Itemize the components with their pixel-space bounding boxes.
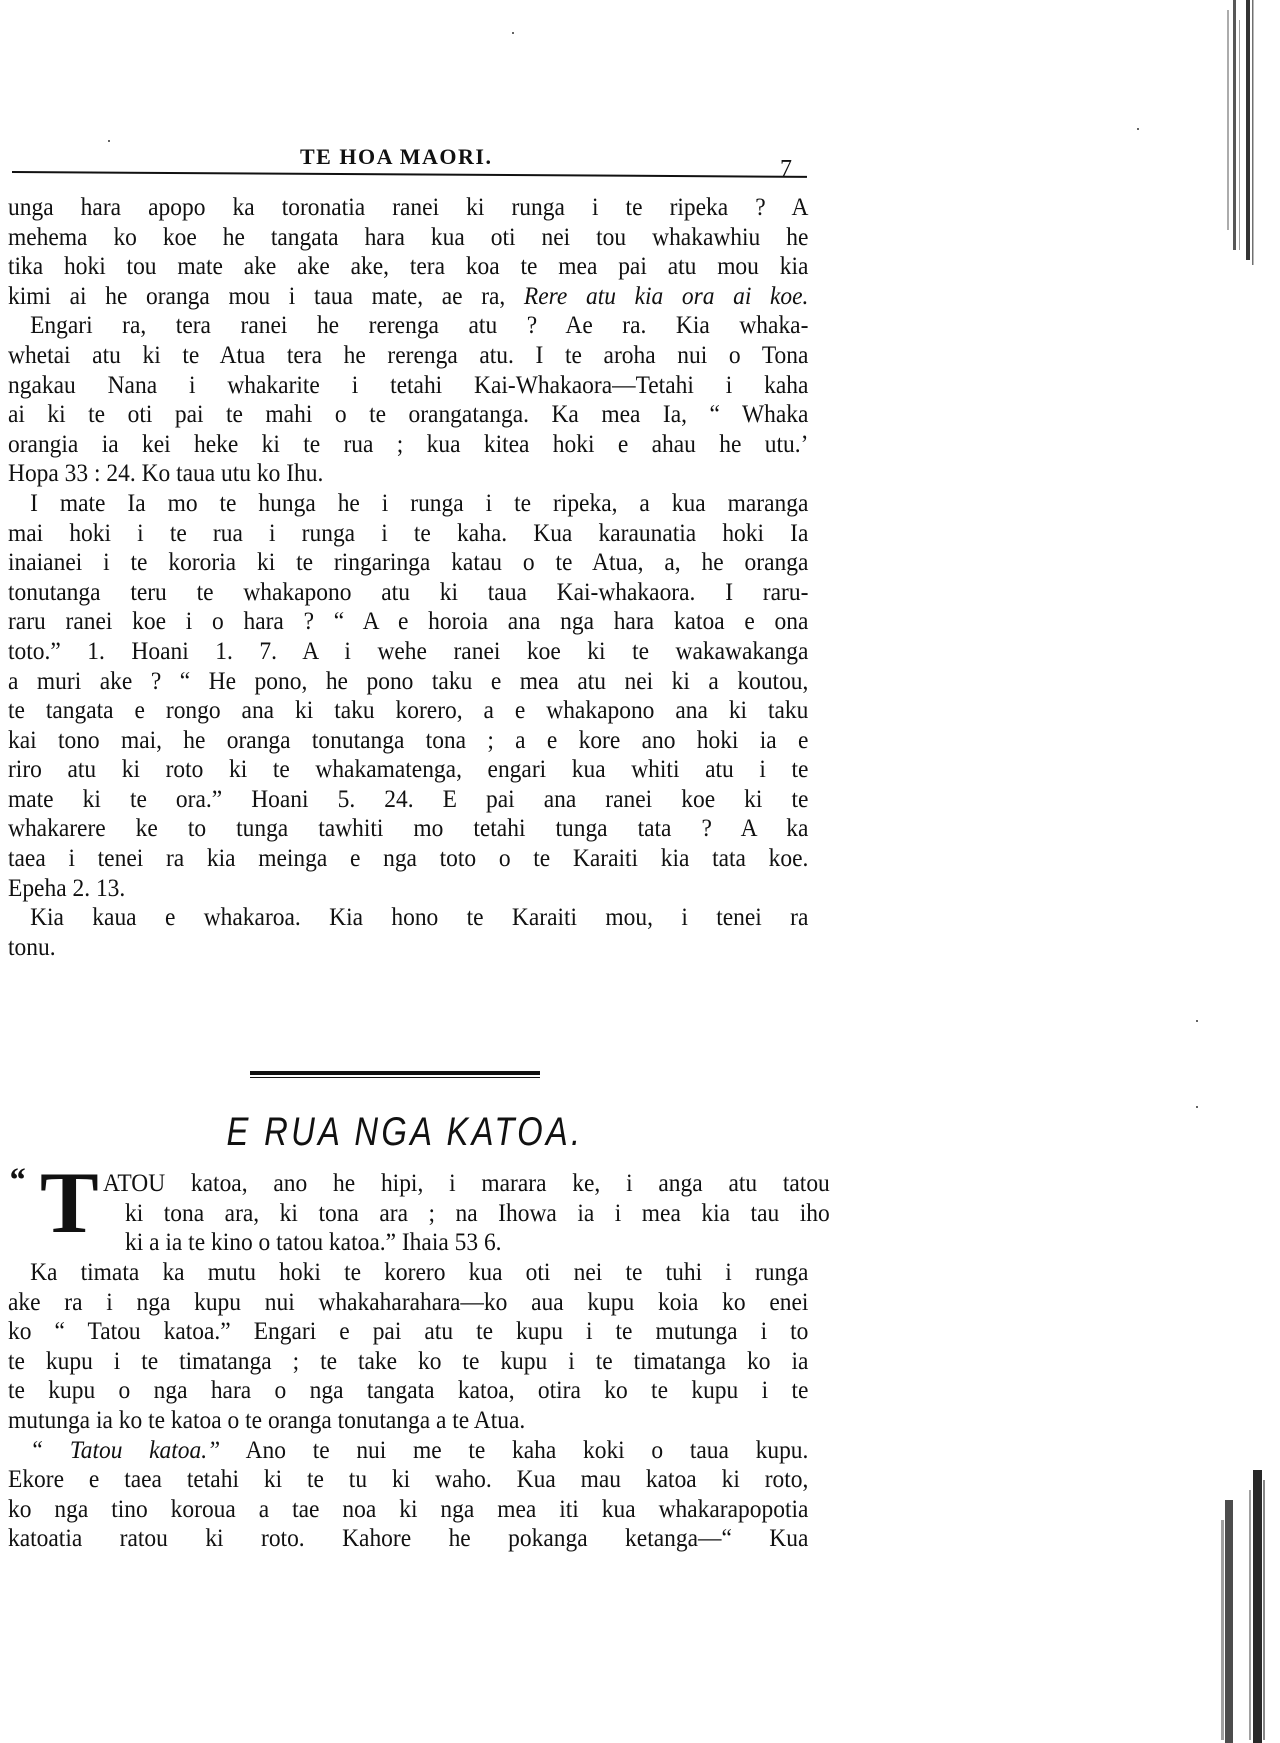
article-body: “ T ATOU katoa, ano he hipi, i marara ke… [8, 1168, 808, 1553]
continued-text: unga hara apopo ka toronatia ranei ki ru… [8, 192, 808, 961]
text-line: “ Tatou katoa.” Ano te nui me te kaha ko… [8, 1435, 808, 1465]
text-line: ATOU katoa, ano he hipi, i marara ke, i … [103, 1168, 830, 1198]
running-title: TE HOA MAORI. [300, 144, 492, 170]
text-line: toto.” 1. Hoani 1. 7. A i wehe ranei koe… [8, 636, 808, 666]
text-line: ngakau Nana i whakarite i tetahi Kai-Wha… [8, 370, 808, 400]
text-line: orangia ia kei heke ki te rua ; kua kite… [8, 429, 808, 459]
scan-speck [512, 32, 514, 34]
text-line: Hopa 33 : 24. Ko taua utu ko Ihu. [8, 458, 808, 488]
text-span: kimi ai he oranga mou i taua mate, ae ra… [8, 281, 524, 310]
text-line: unga hara apopo ka toronatia ranei ki ru… [8, 192, 808, 222]
divider-thick-rule [250, 1071, 540, 1075]
text-line: te kupu i te timatanga ; te take ko te k… [8, 1346, 808, 1376]
text-line: ki a ia te kino o tatou katoa.” Ihaia 53… [125, 1227, 502, 1257]
text-line: Engari ra, tera ranei he rerenga atu ? A… [8, 310, 808, 340]
text-line: ki tona ara, ki tona ara ; na Ihowa ia i… [125, 1198, 830, 1228]
text-line: Kia kaua e whakaroa. Kia hono te Karaiti… [8, 902, 808, 932]
article-title: E RUA NGA KATOA. [73, 1110, 737, 1155]
text-line: tika hoki tou mate ake ake ake, tera koa… [8, 251, 808, 281]
text-line: taea i tenei ra kia meinga e nga toto o … [8, 843, 808, 873]
text-line: ai ki te oti pai te mahi o te orangatang… [8, 399, 808, 429]
text-line: I mate Ia mo te hunga he i runga i te ri… [8, 488, 808, 518]
page-number: 7 [780, 156, 792, 183]
text-line: whetai atu ki te Atua tera he rerenga at… [8, 340, 808, 370]
text-line: mate ki te ora.” Hoani 5. 24. E pai ana … [8, 784, 808, 814]
italic-phrase: “ Tatou katoa.” [30, 1435, 220, 1464]
scanned-page: TE HOA MAORI. 7 unga hara apopo ka toron… [0, 0, 1280, 1743]
italic-phrase: Rere atu kia ora ai koe. [524, 281, 808, 310]
drop-cap: T [40, 1160, 99, 1248]
divider-thin-rule [250, 1077, 540, 1078]
scan-speck [108, 140, 110, 142]
text-line: mutunga ia ko te katoa o te oranga tonut… [8, 1405, 808, 1435]
text-line: raru ranei koe i o hara ? “ A e horoia a… [8, 606, 808, 636]
text-line: ko “ Tatou katoa.” Engari e pai atu te k… [8, 1316, 808, 1346]
text-line: kimi ai he oranga mou i taua mate, ae ra… [8, 281, 808, 311]
drop-cap-block: “ T ATOU katoa, ano he hipi, i marara ke… [8, 1168, 808, 1257]
text-line: ake ra i nga kupu nui whakaharahara—ko a… [8, 1287, 808, 1317]
scan-speck [1196, 1020, 1198, 1022]
text-line: kai tono mai, he oranga tonutanga tona ;… [8, 725, 808, 755]
text-line: riro atu ki roto ki te whakamatenga, eng… [8, 754, 808, 784]
text-line: inaianei i te kororia ki te ringaringa k… [8, 547, 808, 577]
running-head: TE HOA MAORI. 7 [0, 144, 810, 174]
text-line: Epeha 2. 13. [8, 873, 808, 903]
binding-shadow-top [1215, 0, 1265, 270]
text-span: Ano te nui me te kaha koki o taua kupu. [220, 1435, 808, 1464]
text-line: mai hoki i te rua i runga i te kaha. Kua… [8, 518, 808, 548]
scan-speck [1137, 128, 1139, 130]
text-line: Ekore e taea tetahi ki te tu ki waho. Ku… [8, 1464, 808, 1494]
text-line: tonutanga teru te whakapono atu ki taua … [8, 577, 808, 607]
text-line: whakarere ke to tunga tawhiti mo tetahi … [8, 813, 808, 843]
text-line: tonu. [8, 932, 808, 962]
text-line: Ka timata ka mutu hoki te korero kua oti… [8, 1257, 808, 1287]
text-line: te kupu o nga hara o nga tangata katoa, … [8, 1375, 808, 1405]
section-divider [250, 1071, 540, 1080]
text-line: mehema ko koe he tangata hara kua oti ne… [8, 222, 808, 252]
text-line: ko nga tino koroua a tae noa ki nga mea … [8, 1494, 808, 1524]
scan-speck [1196, 1106, 1198, 1108]
binding-shadow-bottom [1205, 1440, 1275, 1743]
opening-quote-mark: “ [8, 1162, 25, 1200]
text-line: te tangata e rongo ana ki taku korero, a… [8, 695, 808, 725]
text-line: a muri ake ? “ He pono, he pono taku e m… [8, 666, 808, 696]
text-line: katoatia ratou ki roto. Kahore he pokang… [8, 1523, 808, 1553]
